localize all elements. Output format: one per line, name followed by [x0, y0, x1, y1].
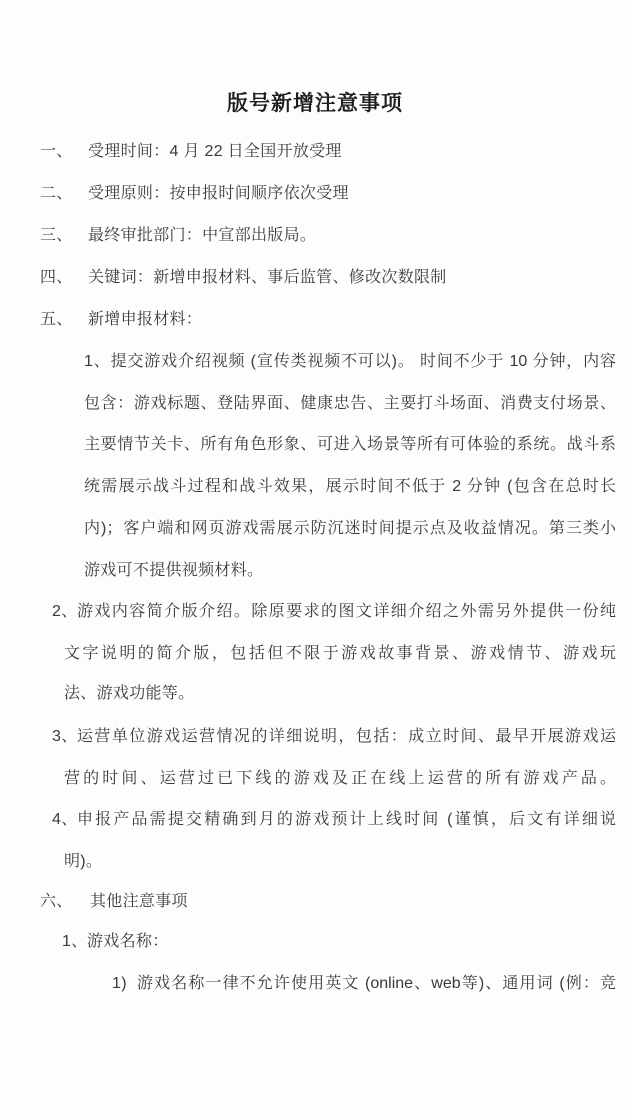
line-text: 统需展示战斗过程和战斗效果，展示时间不低于 2 分钟 (包含在总时长 — [84, 466, 616, 508]
line-text: 游戏名称： — [87, 921, 169, 963]
doc-line-item: 六、其他注意事项 — [0, 881, 630, 923]
line-text: 法、游戏功能等。 — [64, 673, 194, 715]
list-marker: 1) — [112, 963, 127, 1005]
doc-line: 游戏可不提供视频材料。 — [0, 550, 630, 592]
line-text: 受理时间：4 月 22 日全国开放受理 — [88, 131, 342, 173]
doc-line-item: 三、最终审批部门：中宣部出版局。 — [0, 215, 630, 257]
list-marker: 二、 — [40, 173, 73, 215]
document-title: 版号新增注意事项 — [0, 83, 630, 125]
line-text: 游戏内容简介版介绍。除原要求的图文详细介绍之外需另外提供一份纯 — [77, 591, 616, 633]
line-text: 明)。 — [64, 841, 102, 883]
line-text: 最终审批部门：中宣部出版局。 — [88, 215, 316, 257]
line-text: 营的时间、运营过已下线的游戏及正在线上运营的所有游戏产品。 — [64, 758, 616, 800]
doc-line-item: 五、新增申报材料： — [0, 299, 630, 341]
doc-line-item: 1、游戏名称： — [0, 921, 630, 963]
line-text: 内)；客户端和网页游戏需展示防沉迷时间提示点及收益情况。第三类小 — [84, 508, 616, 550]
list-marker: 3、 — [52, 716, 78, 758]
line-text: 关键词：新增申报材料、事后监管、修改次数限制 — [88, 257, 447, 299]
doc-line-item: 1)游戏名称一律不允许使用英文 (online、web等)、通用词 (例：竞 — [0, 963, 630, 1005]
list-marker: 三、 — [40, 215, 73, 257]
list-marker: 四、 — [40, 257, 73, 299]
line-text: 运营单位游戏运营情况的详细说明，包括：成立时间、最早开展游戏运 — [77, 716, 616, 758]
doc-line-item: 3、运营单位游戏运营情况的详细说明，包括：成立时间、最早开展游戏运 — [0, 716, 630, 758]
doc-line: 文字说明的简介版，包括但不限于游戏故事背景、游戏情节、游戏玩 — [0, 633, 630, 675]
list-marker: 1、 — [62, 921, 88, 963]
list-marker: 一、 — [40, 131, 73, 173]
line-text: 包含：游戏标题、登陆界面、健康忠告、主要打斗场面、消费支付场景、 — [84, 383, 616, 425]
line-text: 申报产品需提交精确到月的游戏预计上线时间 (谨慎，后文有详细说 — [77, 799, 616, 841]
line-text: 受理原则：按申报时间顺序依次受理 — [88, 173, 349, 215]
line-text: 新增申报材料： — [88, 299, 202, 341]
list-marker: 2、 — [52, 591, 78, 633]
doc-line: 统需展示战斗过程和战斗效果，展示时间不低于 2 分钟 (包含在总时长 — [0, 466, 630, 508]
list-marker: 4、 — [52, 799, 78, 841]
doc-line-item: 一、受理时间：4 月 22 日全国开放受理 — [0, 131, 630, 173]
doc-line-item: 四、关键词：新增申报材料、事后监管、修改次数限制 — [0, 257, 630, 299]
doc-line: 营的时间、运营过已下线的游戏及正在线上运营的所有游戏产品。 — [0, 758, 630, 800]
line-text: 游戏可不提供视频材料。 — [84, 550, 263, 592]
line-text: 游戏名称一律不允许使用英文 (online、web等)、通用词 (例：竞 — [137, 963, 616, 1005]
doc-line: 明)。 — [0, 841, 630, 883]
line-text: 其他注意事项 — [90, 881, 188, 923]
list-marker: 六、 — [40, 881, 73, 923]
doc-line-item: 2、游戏内容简介版介绍。除原要求的图文详细介绍之外需另外提供一份纯 — [0, 591, 630, 633]
doc-line-item: 二、受理原则：按申报时间顺序依次受理 — [0, 173, 630, 215]
doc-line: 法、游戏功能等。 — [0, 673, 630, 715]
doc-line: 内)；客户端和网页游戏需展示防沉迷时间提示点及收益情况。第三类小 — [0, 508, 630, 550]
doc-line: 主要情节关卡、所有角色形象、可进入场景等所有可体验的系统。战斗系 — [0, 424, 630, 466]
scanned-document-page: 版号新增注意事项 一、受理时间：4 月 22 日全国开放受理二、受理原则：按申报… — [0, 0, 630, 1113]
doc-line-item: 4、申报产品需提交精确到月的游戏预计上线时间 (谨慎，后文有详细说 — [0, 799, 630, 841]
line-text: 1、提交游戏介绍视频 (宣传类视频不可以)。 时间不少于 10 分钟，内容 — [84, 341, 616, 383]
doc-line: 包含：游戏标题、登陆界面、健康忠告、主要打斗场面、消费支付场景、 — [0, 383, 630, 425]
doc-line: 1、提交游戏介绍视频 (宣传类视频不可以)。 时间不少于 10 分钟，内容 — [0, 341, 630, 383]
line-text: 主要情节关卡、所有角色形象、可进入场景等所有可体验的系统。战斗系 — [84, 424, 616, 466]
list-marker: 五、 — [40, 299, 73, 341]
line-text: 文字说明的简介版，包括但不限于游戏故事背景、游戏情节、游戏玩 — [64, 633, 616, 675]
